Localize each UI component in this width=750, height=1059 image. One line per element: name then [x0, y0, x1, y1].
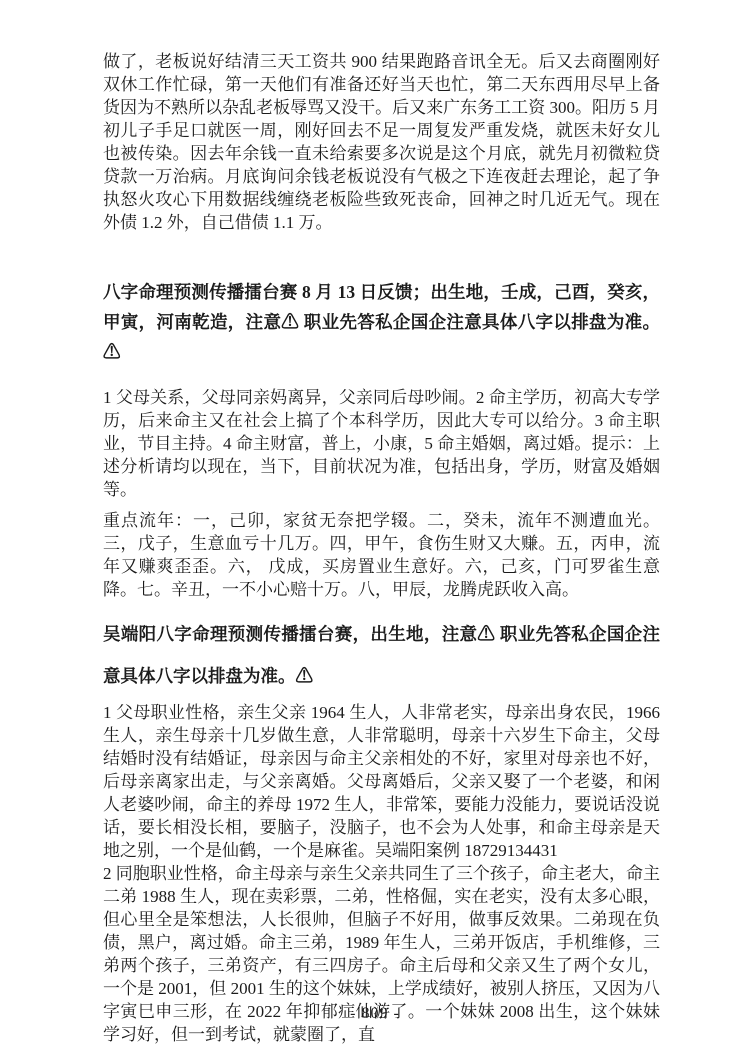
- document-page: 做了，老板说好结清三天工资共 900 结果跑路音讯全无。后又去商圈刚好双休工作忙…: [0, 0, 750, 1059]
- paragraph-work-wage-story: 做了，老板说好结清三天工资共 900 结果跑路音讯全无。后又去商圈刚好双休工作忙…: [103, 50, 660, 234]
- section-heading-bazi-contest-aug13: 八字命理预测传播擂台赛 8 月 13 日反馈；出生地，壬成，己酉，癸亥，甲寅，河…: [103, 277, 660, 367]
- paragraph-parents-occupation: 1 父母职业性格，亲生父亲 1964 生人，人非常老实，母亲出身农民，1966 …: [103, 701, 660, 862]
- section-heading-wuduanyang-contest: 吴端阳八字命理预测传播擂台赛，出生地，注意⚠ 职业先答私企国企注意具体八字以排盘…: [103, 613, 660, 697]
- paragraph-analysis-points: 1 父母关系，父母同亲妈离异，父亲同后母吵闹。2 命主学历，初高大专学历，后来命…: [103, 386, 660, 501]
- page-number: - 809 -: [0, 1005, 750, 1023]
- page-content: 做了，老板说好结清三天工资共 900 结果跑路音讯全无。后又去商圈刚好双休工作忙…: [0, 0, 750, 1046]
- paragraph-key-years: 重点流年：一，己卯，家贫无奈把学辍。二，癸未，流年不测遭血光。三，戊子，生意血亏…: [103, 509, 660, 601]
